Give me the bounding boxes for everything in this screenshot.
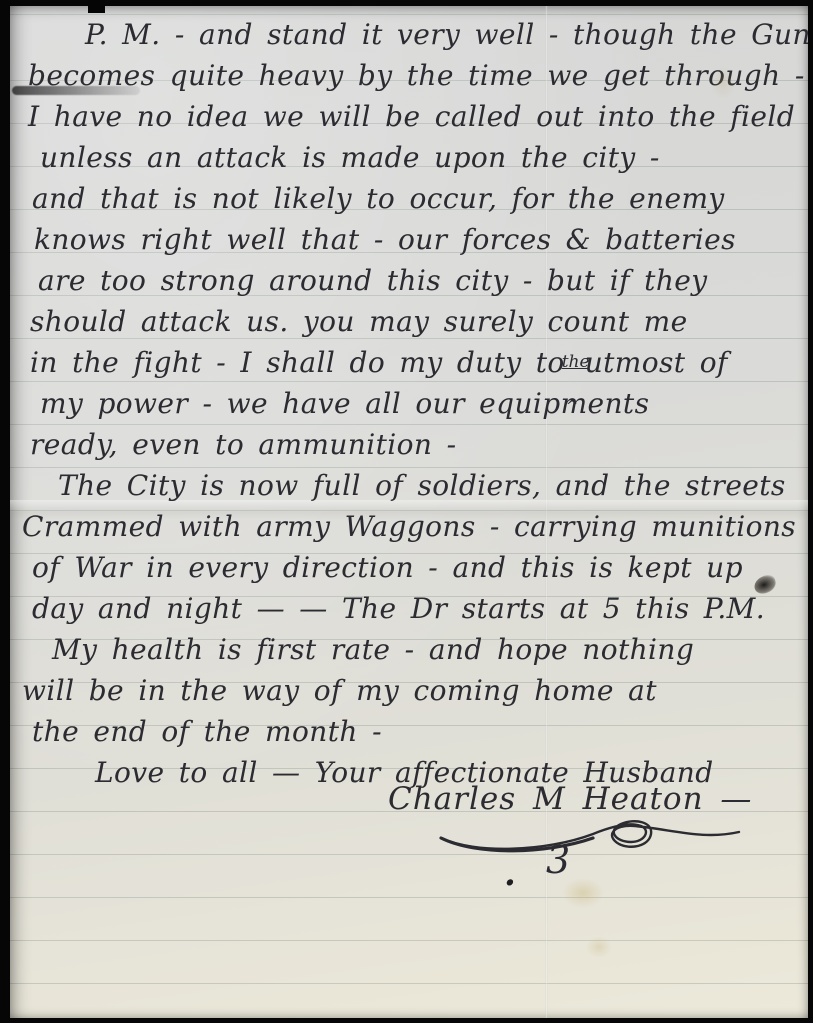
letter-line: will be in the way of my coming home at <box>10 670 808 711</box>
letter-line: My health is first rate - and hope nothi… <box>10 629 808 670</box>
letter-line: ready, even to ammunition - <box>10 424 808 465</box>
letter-paper: P. M. - and stand it very well - though … <box>10 6 808 1018</box>
caret-mark: ^ <box>566 386 579 427</box>
letter-line: P. M. - and stand it very well - though … <box>10 14 808 55</box>
line-text-after: utmost of <box>585 346 728 379</box>
stain <box>586 936 612 958</box>
line-text-before: in the fight - I shall do my duty to <box>30 346 565 379</box>
signature-flourish-icon <box>435 814 745 860</box>
letter-body: P. M. - and stand it very well - though … <box>10 14 808 793</box>
letter-line: the end of the month - <box>10 711 808 752</box>
letter-line: unless an attack is made upon the city - <box>10 137 808 178</box>
scan-edge-notch <box>88 0 105 13</box>
letter-line: Crammed with army Waggons - carrying mun… <box>10 506 808 547</box>
letter-line: of War in every direction - and this is … <box>10 547 808 588</box>
letter-line: The City is now full of soldiers, and th… <box>10 465 808 506</box>
inserted-word: the <box>562 342 590 383</box>
stain <box>710 66 736 100</box>
page-number-dot: . <box>504 854 516 894</box>
page-number: 3 <box>546 838 570 882</box>
letter-line: and that is not likely to occur, for the… <box>10 178 808 219</box>
letter-line: my power - we have all our equipments <box>10 383 808 424</box>
letter-line: are too strong around this city - but if… <box>10 260 808 301</box>
signature: Charles M Heaton — <box>388 781 752 817</box>
letter-line: should attack us. you may surely count m… <box>10 301 808 342</box>
letter-line: becomes quite heavy by the time we get t… <box>10 55 808 96</box>
letter-line: knows right well that - our forces & bat… <box>10 219 808 260</box>
letter-line: day and night — — The Dr starts at 5 thi… <box>10 588 808 629</box>
scanned-letter-page: P. M. - and stand it very well - though … <box>0 0 813 1023</box>
letter-line-with-insertion: in the fight - I shall do my duty tothe^… <box>10 342 808 383</box>
letter-line: I have no idea we will be called out int… <box>10 96 808 137</box>
stain <box>562 878 604 908</box>
